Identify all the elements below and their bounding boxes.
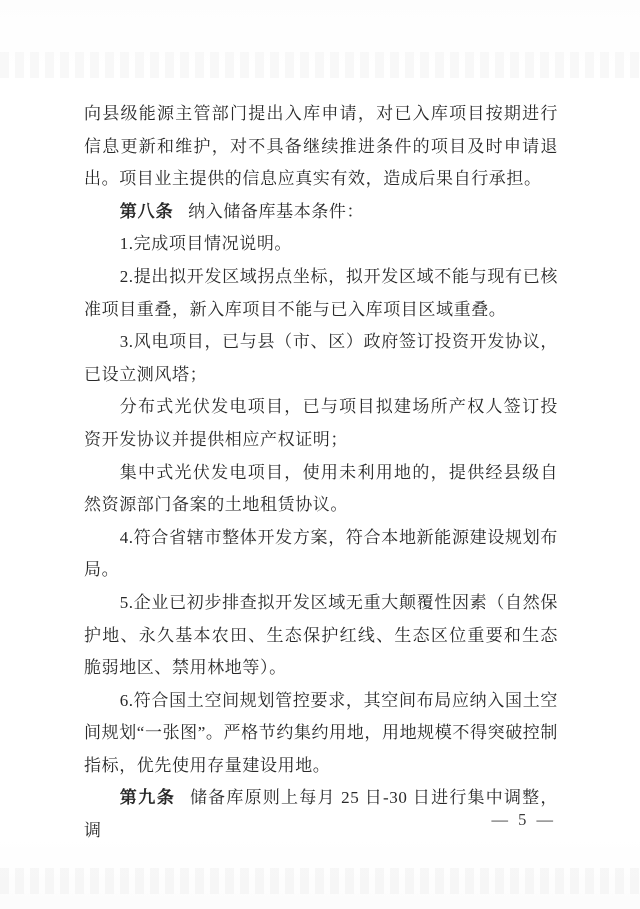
paragraph-text: 3.风电项目，已与县（市、区）政府签订投资开发协议，已设立测风塔； (84, 332, 558, 384)
scan-artifact-top (0, 52, 640, 78)
paragraph-text: 集中式光伏发电项目，使用未利用地的，提供经县级自然资源部门备案的土地租赁协议。 (84, 463, 558, 515)
paragraph-text: 5.企业已初步排查拟开发区域无重大颠覆性因素（自然保护地、永久基本农田、生态保护… (84, 593, 558, 677)
document-paragraph: 集中式光伏发电项目，使用未利用地的，提供经县级自然资源部门备案的土地租赁协议。 (84, 457, 558, 522)
document-paragraph: 6.符合国土空间规划管控要求，其空间布局应纳入国土空间规划“一张图”。严格节约集… (84, 685, 558, 783)
document-paragraph: 3.风电项目，已与县（市、区）政府签订投资开发协议，已设立测风塔； (84, 326, 558, 391)
paragraph-text: 2.提出拟开发区域拐点坐标，拟开发区域不能与现有已核准项目重叠，新入库项目不能与… (84, 267, 558, 319)
paragraph-text: 1.完成项目情况说明。 (120, 234, 292, 253)
document-body: 向县级能源主管部门提出入库申请，对已入库项目按期进行信息更新和维护，对不具备继续… (84, 98, 558, 848)
document-paragraph: 2.提出拟开发区域拐点坐标，拟开发区域不能与现有已核准项目重叠，新入库项目不能与… (84, 261, 558, 326)
document-paragraph: 分布式光伏发电项目，已与项目拟建场所产权人签订投资开发协议并提供相应产权证明； (84, 391, 558, 456)
document-paragraph: 第九条储备库原则上每月 25 日-30 日进行集中调整，调 (84, 782, 558, 847)
paragraph-text: 纳入储备库基本条件： (188, 202, 364, 221)
document-paragraph: 向县级能源主管部门提出入库申请，对已入库项目按期进行信息更新和维护，对不具备继续… (84, 98, 558, 196)
paragraph-text: 4.符合省辖市整体开发方案，符合本地新能源建设规划布局。 (84, 528, 558, 580)
scan-artifact-bottom (0, 868, 640, 894)
page-number: — 5 — (492, 810, 557, 830)
document-page: 向县级能源主管部门提出入库申请，对已入库项目按期进行信息更新和维护，对不具备继续… (0, 0, 640, 909)
document-paragraph: 第八条纳入储备库基本条件： (84, 196, 558, 229)
clause-heading: 第九条 (120, 788, 176, 807)
paragraph-text: 分布式光伏发电项目，已与项目拟建场所产权人签订投资开发协议并提供相应产权证明； (84, 397, 558, 449)
paragraph-text: 向县级能源主管部门提出入库申请，对已入库项目按期进行信息更新和维护，对不具备继续… (84, 104, 558, 188)
paragraph-text: 6.符合国土空间规划管控要求，其空间布局应纳入国土空间规划“一张图”。严格节约集… (84, 691, 558, 775)
document-paragraph: 1.完成项目情况说明。 (84, 228, 558, 261)
document-paragraph: 5.企业已初步排查拟开发区域无重大颠覆性因素（自然保护地、永久基本农田、生态保护… (84, 587, 558, 685)
clause-heading: 第八条 (120, 202, 174, 221)
document-paragraph: 4.符合省辖市整体开发方案，符合本地新能源建设规划布局。 (84, 522, 558, 587)
